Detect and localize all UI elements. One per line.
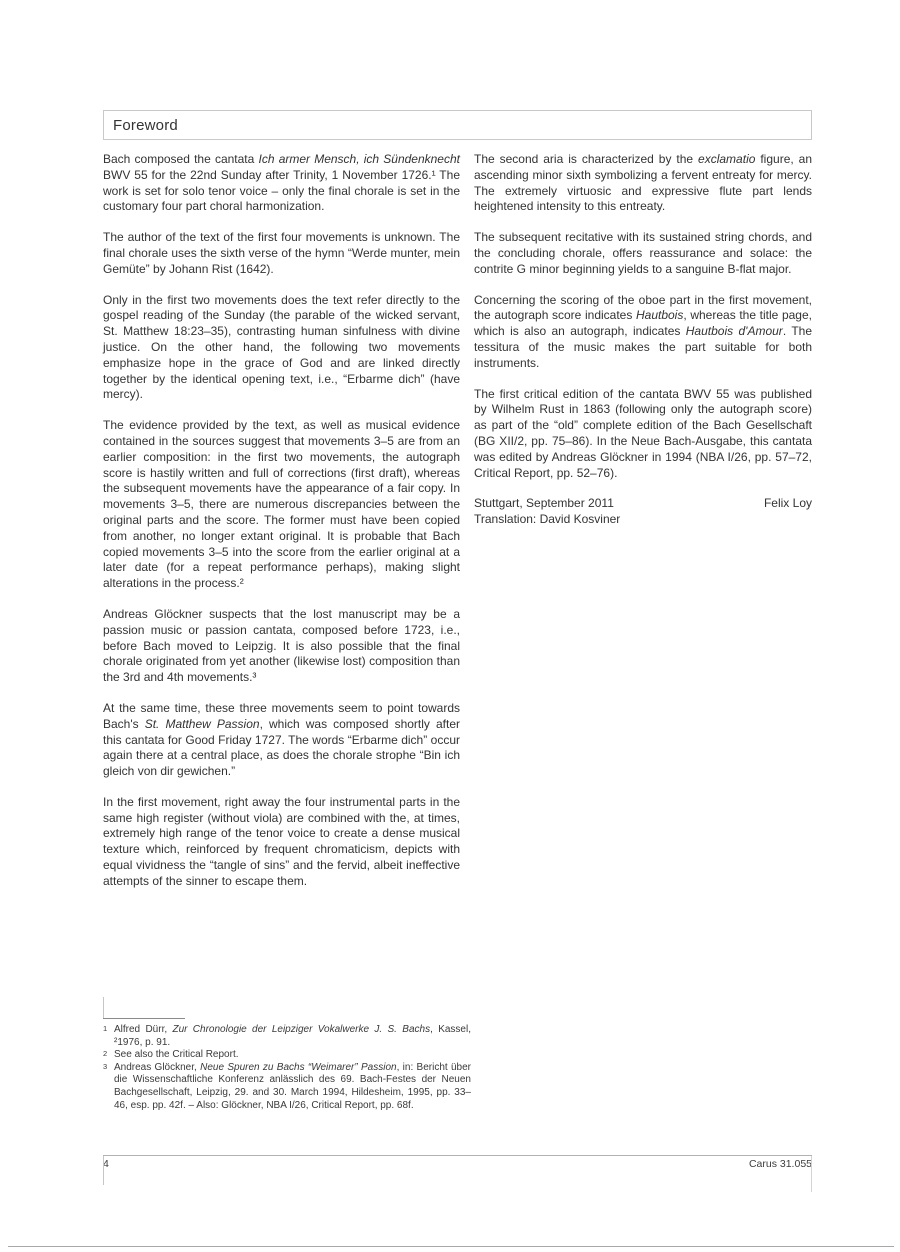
text-columns: Bach composed the cantata Ich armer Mens… <box>103 152 812 905</box>
paragraph: Bach composed the cantata Ich armer Mens… <box>103 152 460 215</box>
signature-translation: Translation: David Kosviner <box>474 512 620 526</box>
footnote-marker: 1 <box>103 1023 114 1048</box>
footnote-text: Alfred Dürr, Zur Chronologie der Leipzig… <box>114 1024 471 1049</box>
footnote-marker: 2 <box>103 1048 114 1061</box>
document-page: Foreword Bach composed the cantata Ich a… <box>0 0 900 1252</box>
signature-author: Felix Loy <box>764 496 812 512</box>
paragraph: Only in the first two movements does the… <box>103 293 460 404</box>
footnote-marker: 3 <box>103 1061 114 1111</box>
page-bottom-edge <box>8 1246 894 1247</box>
footer-right-hairline <box>811 1156 812 1192</box>
footnote-left-hairline <box>103 997 104 1019</box>
paragraph: The first critical edition of the cantat… <box>474 387 812 482</box>
paragraph: The subsequent recitative with its susta… <box>474 230 812 277</box>
paragraph: At the same time, these three movements … <box>103 701 460 780</box>
page-footer: 4 Carus 31.055 <box>103 1155 812 1170</box>
footer-left-hairline <box>103 1156 104 1185</box>
paragraph: The evidence provided by the text, as we… <box>103 418 460 592</box>
paragraph: The second aria is characterized by the … <box>474 152 812 215</box>
footnote-text: Andreas Glöckner, Neue Spuren zu Bachs “… <box>114 1062 471 1112</box>
footnote-separator-rule <box>103 1018 185 1019</box>
footnote: 1 Alfred Dürr, Zur Chronologie der Leipz… <box>103 1024 471 1049</box>
signature-place-date: Stuttgart, September 2011 <box>474 496 614 512</box>
signature-row: Stuttgart, September 2011 Felix Loy <box>474 496 812 512</box>
edition-number: Carus 31.055 <box>749 1158 812 1170</box>
paragraph: Andreas Glöckner suspects that the lost … <box>103 607 460 686</box>
foreword-heading-box: Foreword <box>103 110 812 140</box>
paragraph: In the first movement, right away the fo… <box>103 795 460 890</box>
right-column: The second aria is characterized by the … <box>474 152 812 905</box>
footnote: 3 Andreas Glöckner, Neue Spuren zu Bachs… <box>103 1062 471 1112</box>
paragraph: Concerning the scoring of the oboe part … <box>474 293 812 372</box>
footnote-text: See also the Critical Report. <box>114 1049 471 1062</box>
footnote: 2 See also the Critical Report. <box>103 1049 471 1062</box>
paragraph: The author of the text of the first four… <box>103 230 460 277</box>
signature-translation-row: Translation: David Kosviner <box>474 512 812 528</box>
footnotes-block: 1 Alfred Dürr, Zur Chronologie der Leipz… <box>103 1018 471 1112</box>
page-title: Foreword <box>104 117 178 134</box>
left-column: Bach composed the cantata Ich armer Mens… <box>103 152 460 905</box>
